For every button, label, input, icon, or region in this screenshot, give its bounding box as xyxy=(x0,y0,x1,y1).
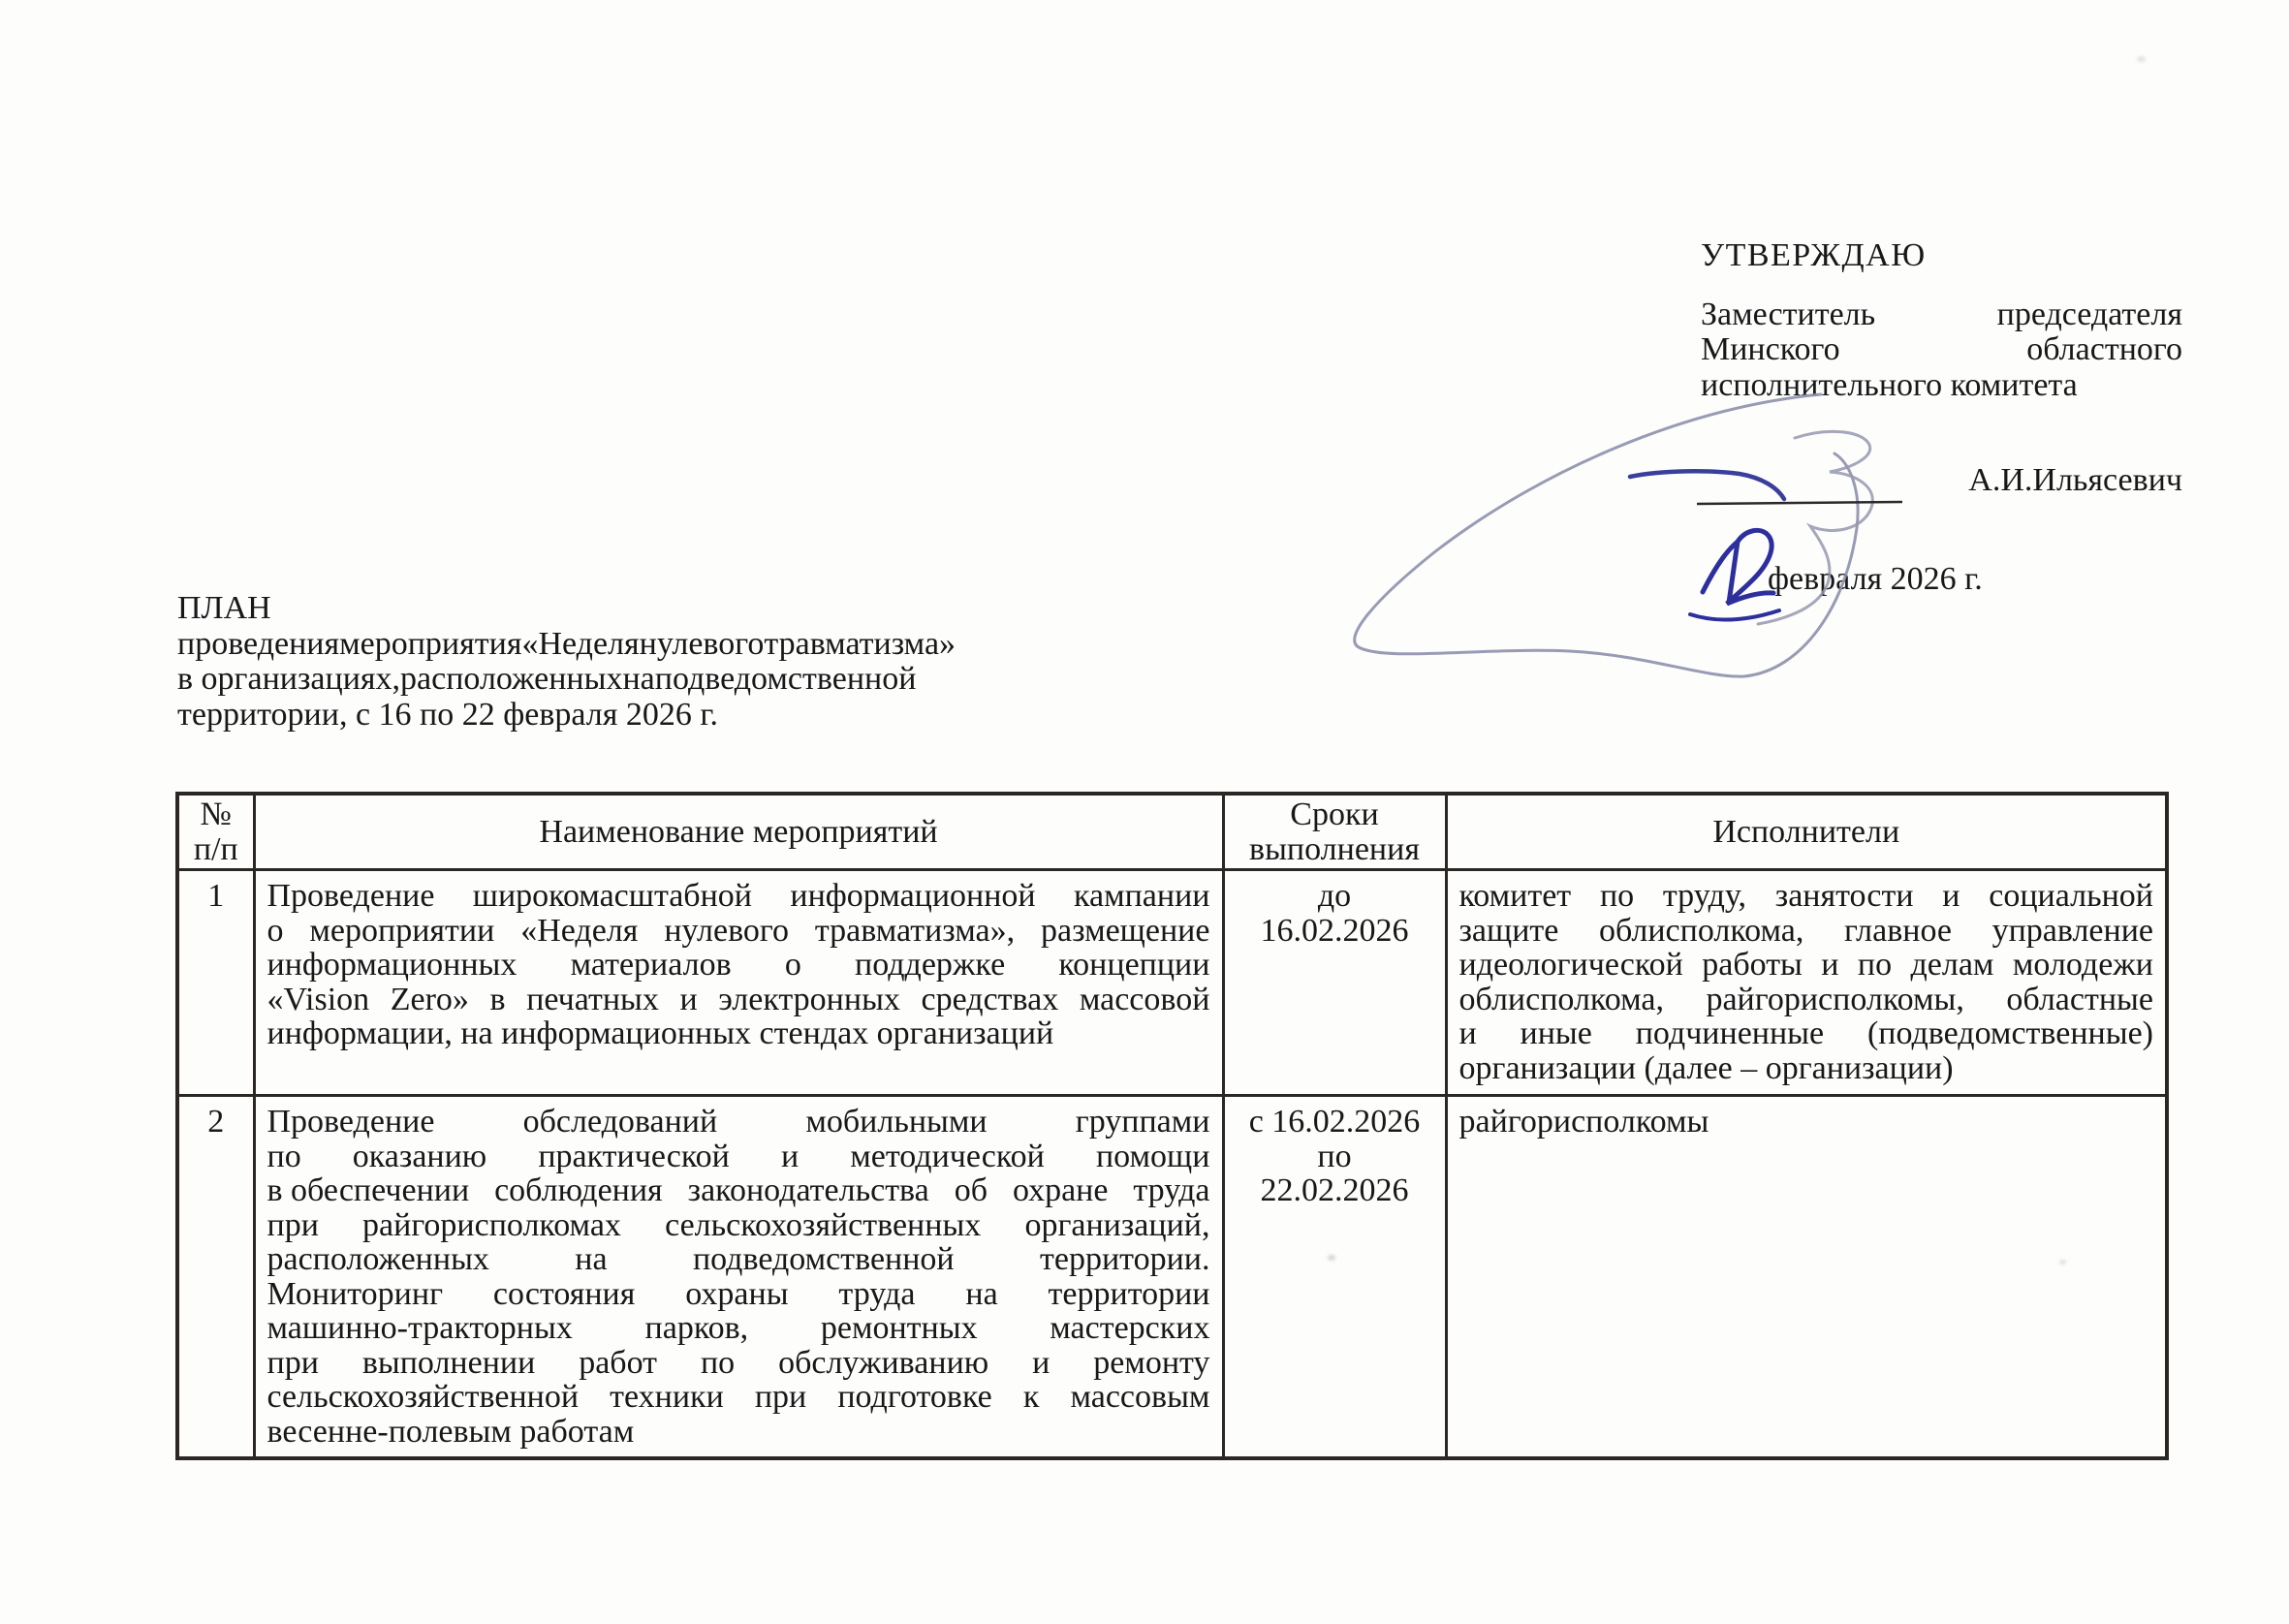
header-cell-term: Срокивыполнения xyxy=(1223,794,1446,870)
signer-name: А.И.Ильясевич xyxy=(1968,462,2182,498)
document-page: { "approval": { "stamp": "УТВЕРЖДАЮ", "b… xyxy=(0,0,2289,1624)
header-cell-activity: Наименование мероприятий xyxy=(254,794,1223,870)
signature-row: А.И.Ильясевич xyxy=(1701,463,2182,502)
approval-signer-role: ЗаместительпредседателяМинскогообластног… xyxy=(1701,297,2182,404)
row1-number: 1 xyxy=(177,870,254,1096)
approval-stamp-label: УТВЕРЖДАЮ xyxy=(1701,238,2182,274)
table-row: 2 Проведениеобследованиймобильнымигруппа… xyxy=(177,1096,2167,1459)
plan-table-wrapper: №п/п Наименование мероприятий Срокивыпол… xyxy=(175,792,2169,1460)
row2-executors: райгорисполкомы xyxy=(1446,1096,2167,1459)
row1-activity: Проведениеширокомасштабнойинформационной… xyxy=(254,870,1223,1096)
header-cell-number: №п/п xyxy=(177,794,254,870)
table-row: 1 Проведениеширокомасштабнойинформационн… xyxy=(177,870,2167,1096)
document-title-lines: проведениямероприятия«Неделянулевоготрав… xyxy=(177,627,853,734)
table-header-row: №п/п Наименование мероприятий Срокивыпол… xyxy=(177,794,2167,870)
row2-activity: Проведениеобследованиймобильнымигруппами… xyxy=(254,1096,1223,1459)
approval-date-text: февраля 2026 г. xyxy=(1768,561,1983,597)
row1-term: до16.02.2026 xyxy=(1223,870,1446,1096)
row2-number: 2 xyxy=(177,1096,254,1459)
approval-block: УТВЕРЖДАЮ ЗаместительпредседателяМинског… xyxy=(1701,238,2182,598)
row1-executors: комитетпотруду,занятостиисоциальнойзащит… xyxy=(1446,870,2167,1096)
scan-speck xyxy=(2137,56,2146,62)
plan-table: №п/п Наименование мероприятий Срокивыпол… xyxy=(175,792,2169,1460)
document-title-block: ПЛАН проведениямероприятия«Неделянулевог… xyxy=(177,591,853,733)
approval-date: февраля 2026 г. xyxy=(1701,562,2182,598)
document-title-label: ПЛАН xyxy=(177,591,853,627)
scan-speck xyxy=(1328,1255,1335,1261)
row2-term: с 16.02.2026по22.02.2026 xyxy=(1223,1096,1446,1459)
header-cell-executors: Исполнители xyxy=(1446,794,2167,870)
scan-speck xyxy=(2059,1260,2066,1265)
